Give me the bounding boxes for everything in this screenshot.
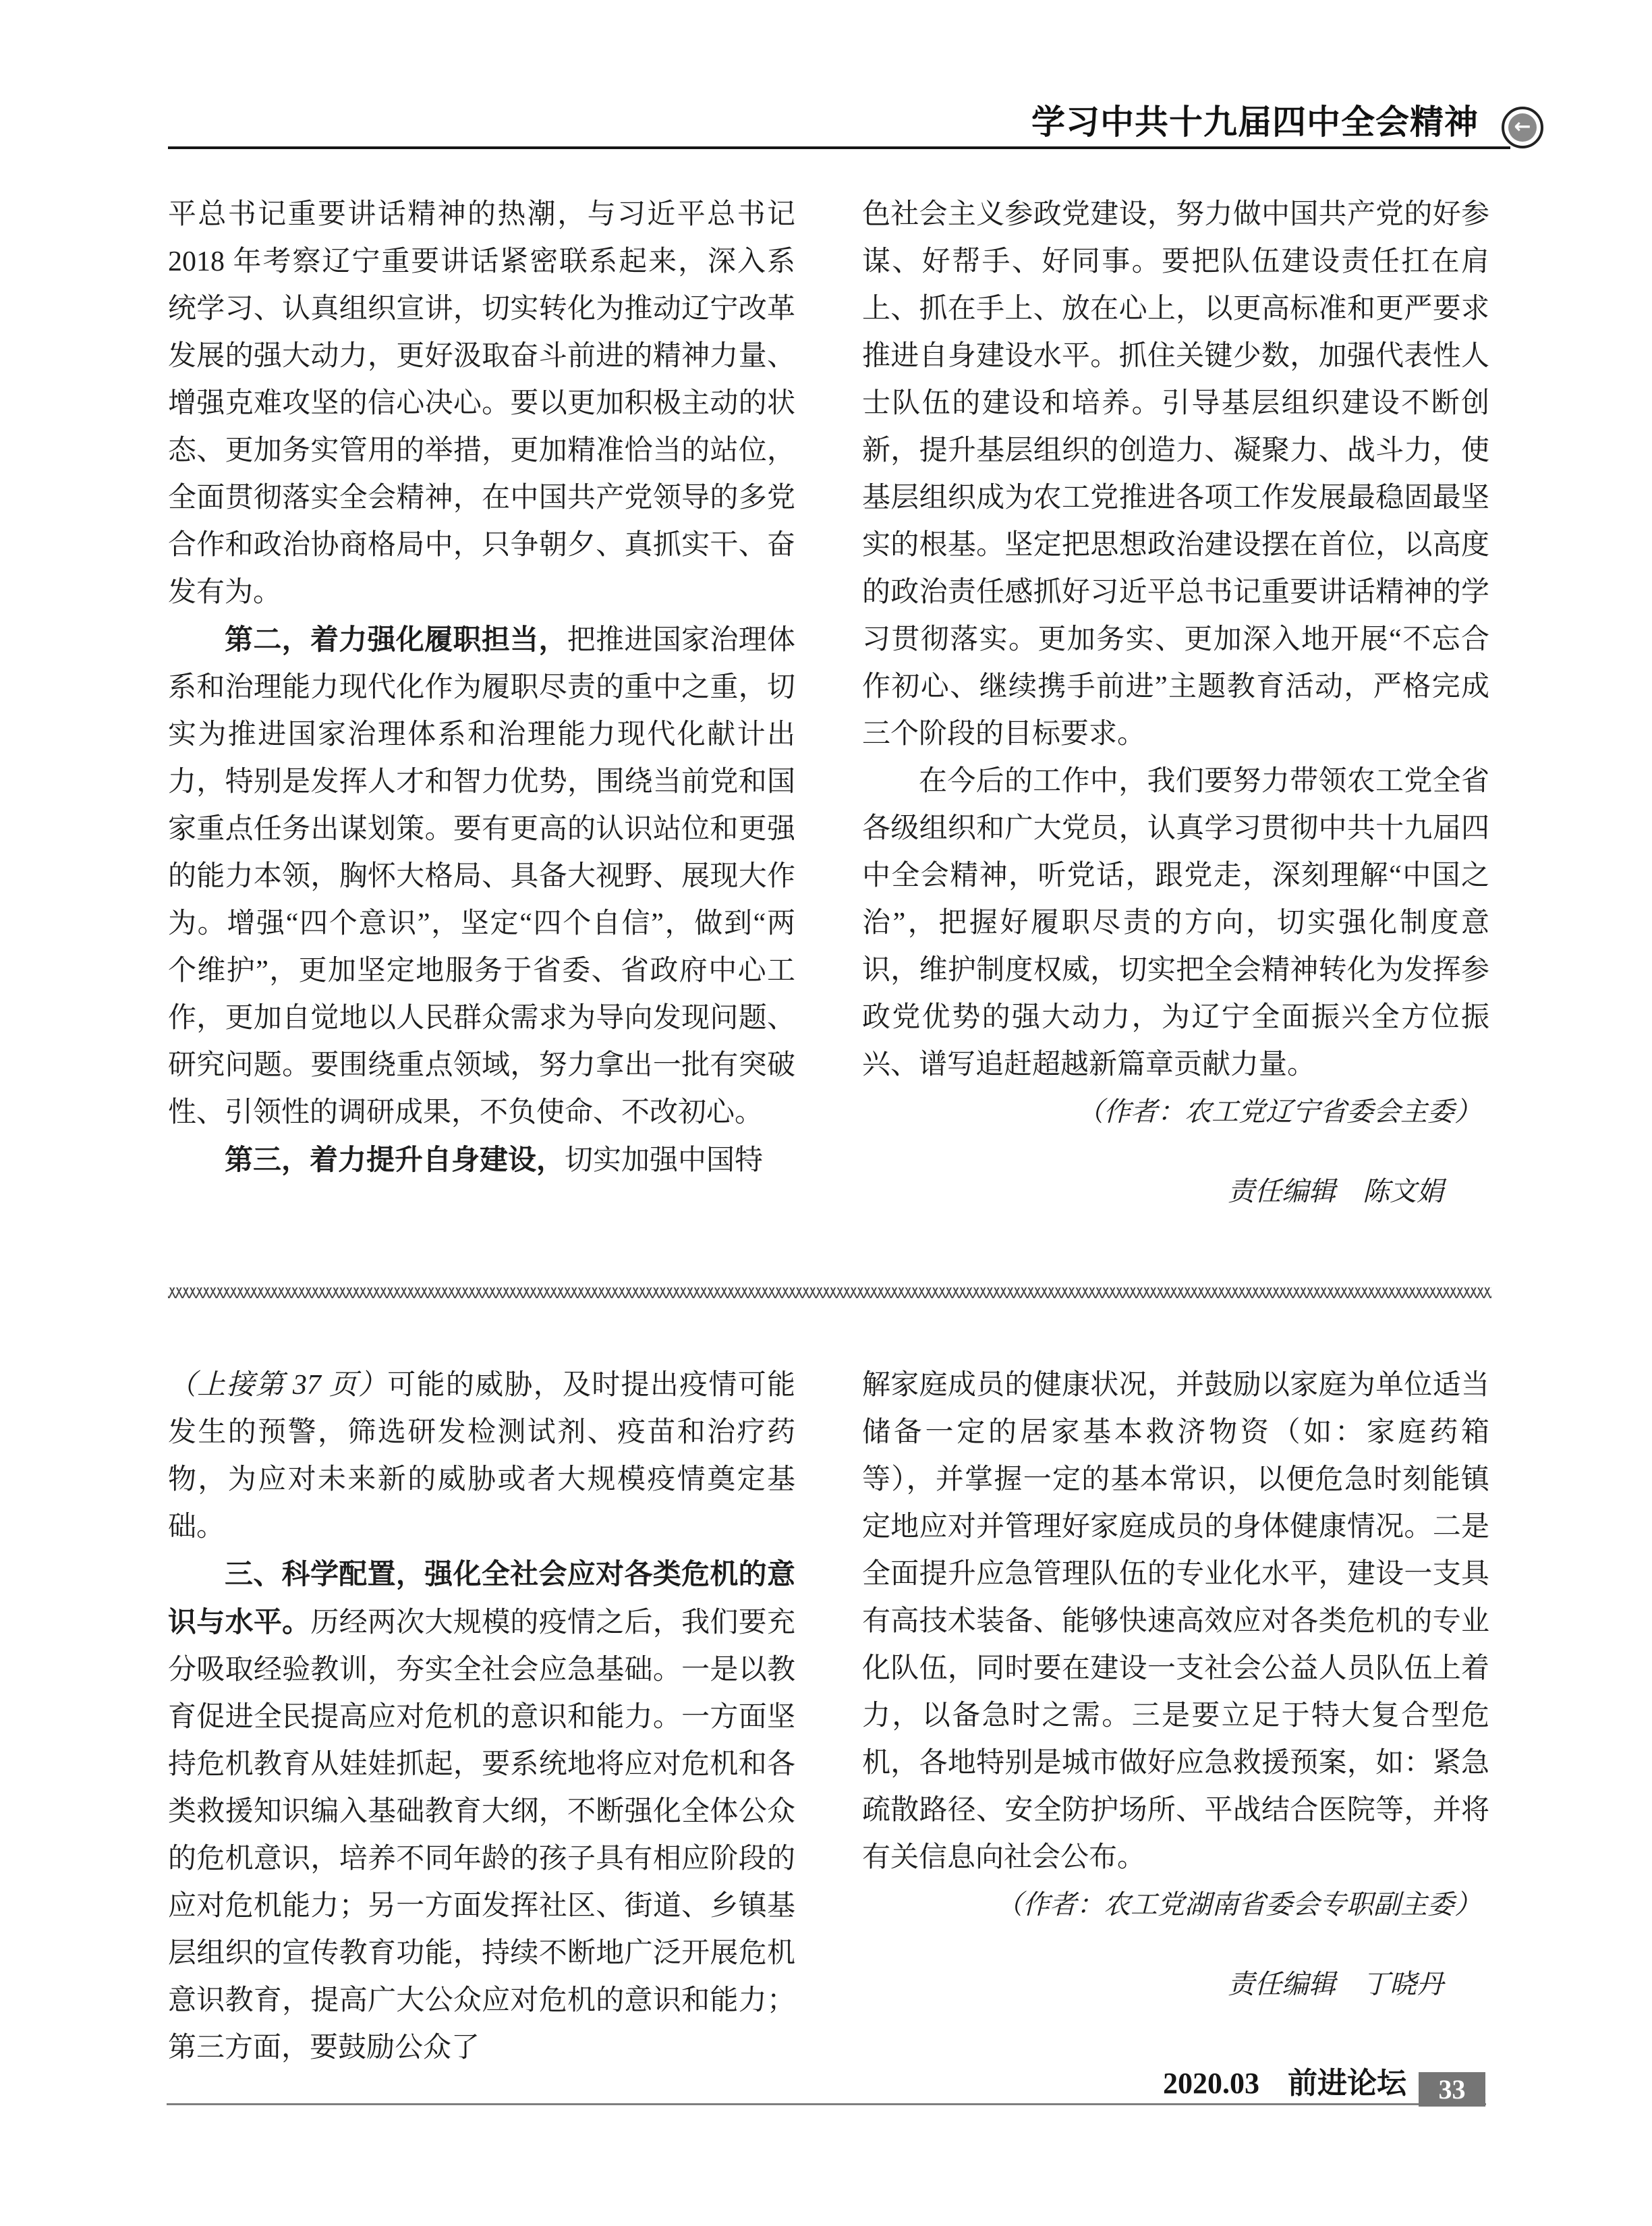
paragraph: 三、科学配置，强化全社会应对各类危机的意识与水平。历经两次大规模的疫情之后，我们… xyxy=(168,1551,795,2071)
footer-journal-line: 2020.03前进论坛 xyxy=(877,2067,1406,2100)
paragraph: （上接第 37 页）可能的威胁，及时提出疫情可能发生的预警，筛选研发检测试剂、疫… xyxy=(168,1362,795,1551)
article1-editor-line: 责任编辑 陈文娟 xyxy=(862,1168,1444,1215)
footer-rule xyxy=(167,2103,1486,2105)
paragraph-segment: 解家庭成员的健康状况，并鼓励以家庭为单位适当储备一定的居家基本救济物资（如：家庭… xyxy=(862,1370,1489,1873)
article2-left-column: （上接第 37 页）可能的威胁，及时提出疫情可能发生的预警，筛选研发检测试剂、疫… xyxy=(168,1362,795,2071)
paragraph: 色社会主义参政党建设，努力做中国共产党的好参谋、好帮手、好同事。要把队伍建设责任… xyxy=(862,191,1489,758)
left-arrow-icon: ← xyxy=(1514,117,1531,137)
header-rule xyxy=(168,146,1510,149)
paragraph-segment: 在今后的工作中，我们要努力带领农工党全省各级组织和广大党员，认真学习贯彻中共十九… xyxy=(862,766,1489,1080)
paragraph: 第三，着力提升自身建设，切实加强中国特 xyxy=(168,1136,795,1184)
paragraph: 解家庭成员的健康状况，并鼓励以家庭为单位适当储备一定的居家基本救济物资（如：家庭… xyxy=(862,1362,1489,1881)
paragraph-segment: 历经两次大规模的疫情之后，我们要充分吸取经验教训，夯实全社会应急基础。一是以教育… xyxy=(168,1607,795,2063)
paragraph-bold-segment: 第二，着力强化履职担当， xyxy=(225,623,567,655)
paragraph-segment: 切实加强中国特 xyxy=(565,1145,763,1176)
article2-editor-line: 责任编辑 丁晓丹 xyxy=(862,1961,1444,2008)
article2-right-column: 解家庭成员的健康状况，并鼓励以家庭为单位适当储备一定的居家基本救济物资（如：家庭… xyxy=(862,1362,1489,1881)
article2-author-line: （作者：农工党湖南省委会专职副主委） xyxy=(862,1881,1481,1928)
section-divider-pattern xyxy=(168,1287,1491,1298)
footer-journal-name: 前进论坛 xyxy=(1288,2067,1406,2100)
circle-back-arrow-icon: ← xyxy=(1502,107,1543,148)
magazine-page: 学习中共十九届四中全会精神 ← 平总书记重要讲话精神的热潮，与习近平总书记 20… xyxy=(0,0,1652,2226)
footer-issue: 2020.03 xyxy=(1163,2067,1259,2100)
arrow-disc: ← xyxy=(1508,113,1537,142)
paragraph: 平总书记重要讲话精神的热潮，与习近平总书记 2018 年考察辽宁重要讲话紧密联系… xyxy=(168,191,795,616)
article1-left-column: 平总书记重要讲话精神的热潮，与习近平总书记 2018 年考察辽宁重要讲话紧密联系… xyxy=(168,191,795,1184)
paragraph: 在今后的工作中，我们要努力带领农工党全省各级组织和广大党员，认真学习贯彻中共十九… xyxy=(862,758,1489,1088)
paragraph: 第二，着力强化履职担当，把推进国家治理体系和治理能力现代化作为履职尽责的重中之重… xyxy=(168,616,795,1136)
article1-right-column: 色社会主义参政党建设，努力做中国共产党的好参谋、好帮手、好同事。要把队伍建设责任… xyxy=(862,191,1489,1088)
paragraph-segment: 平总书记重要讲话精神的热潮，与习近平总书记 2018 年考察辽宁重要讲话紧密联系… xyxy=(168,199,795,608)
article1-author-line: （作者：农工党辽宁省委会主委） xyxy=(862,1088,1481,1136)
paragraph-segment: 色社会主义参政党建设，努力做中国共产党的好参谋、好帮手、好同事。要把队伍建设责任… xyxy=(862,199,1489,750)
paragraph-kaiti-segment: （上接第 37 页） xyxy=(168,1370,387,1401)
page-section-title: 学习中共十九届四中全会精神 xyxy=(1031,101,1479,143)
paragraph-bold-segment: 第三，着力提升自身建设， xyxy=(225,1144,565,1175)
page-number-badge: 33 xyxy=(1419,2072,1485,2107)
paragraph-segment: 把推进国家治理体系和治理能力现代化作为履职尽责的重中之重，切实为推进国家治理体系… xyxy=(168,625,795,1128)
